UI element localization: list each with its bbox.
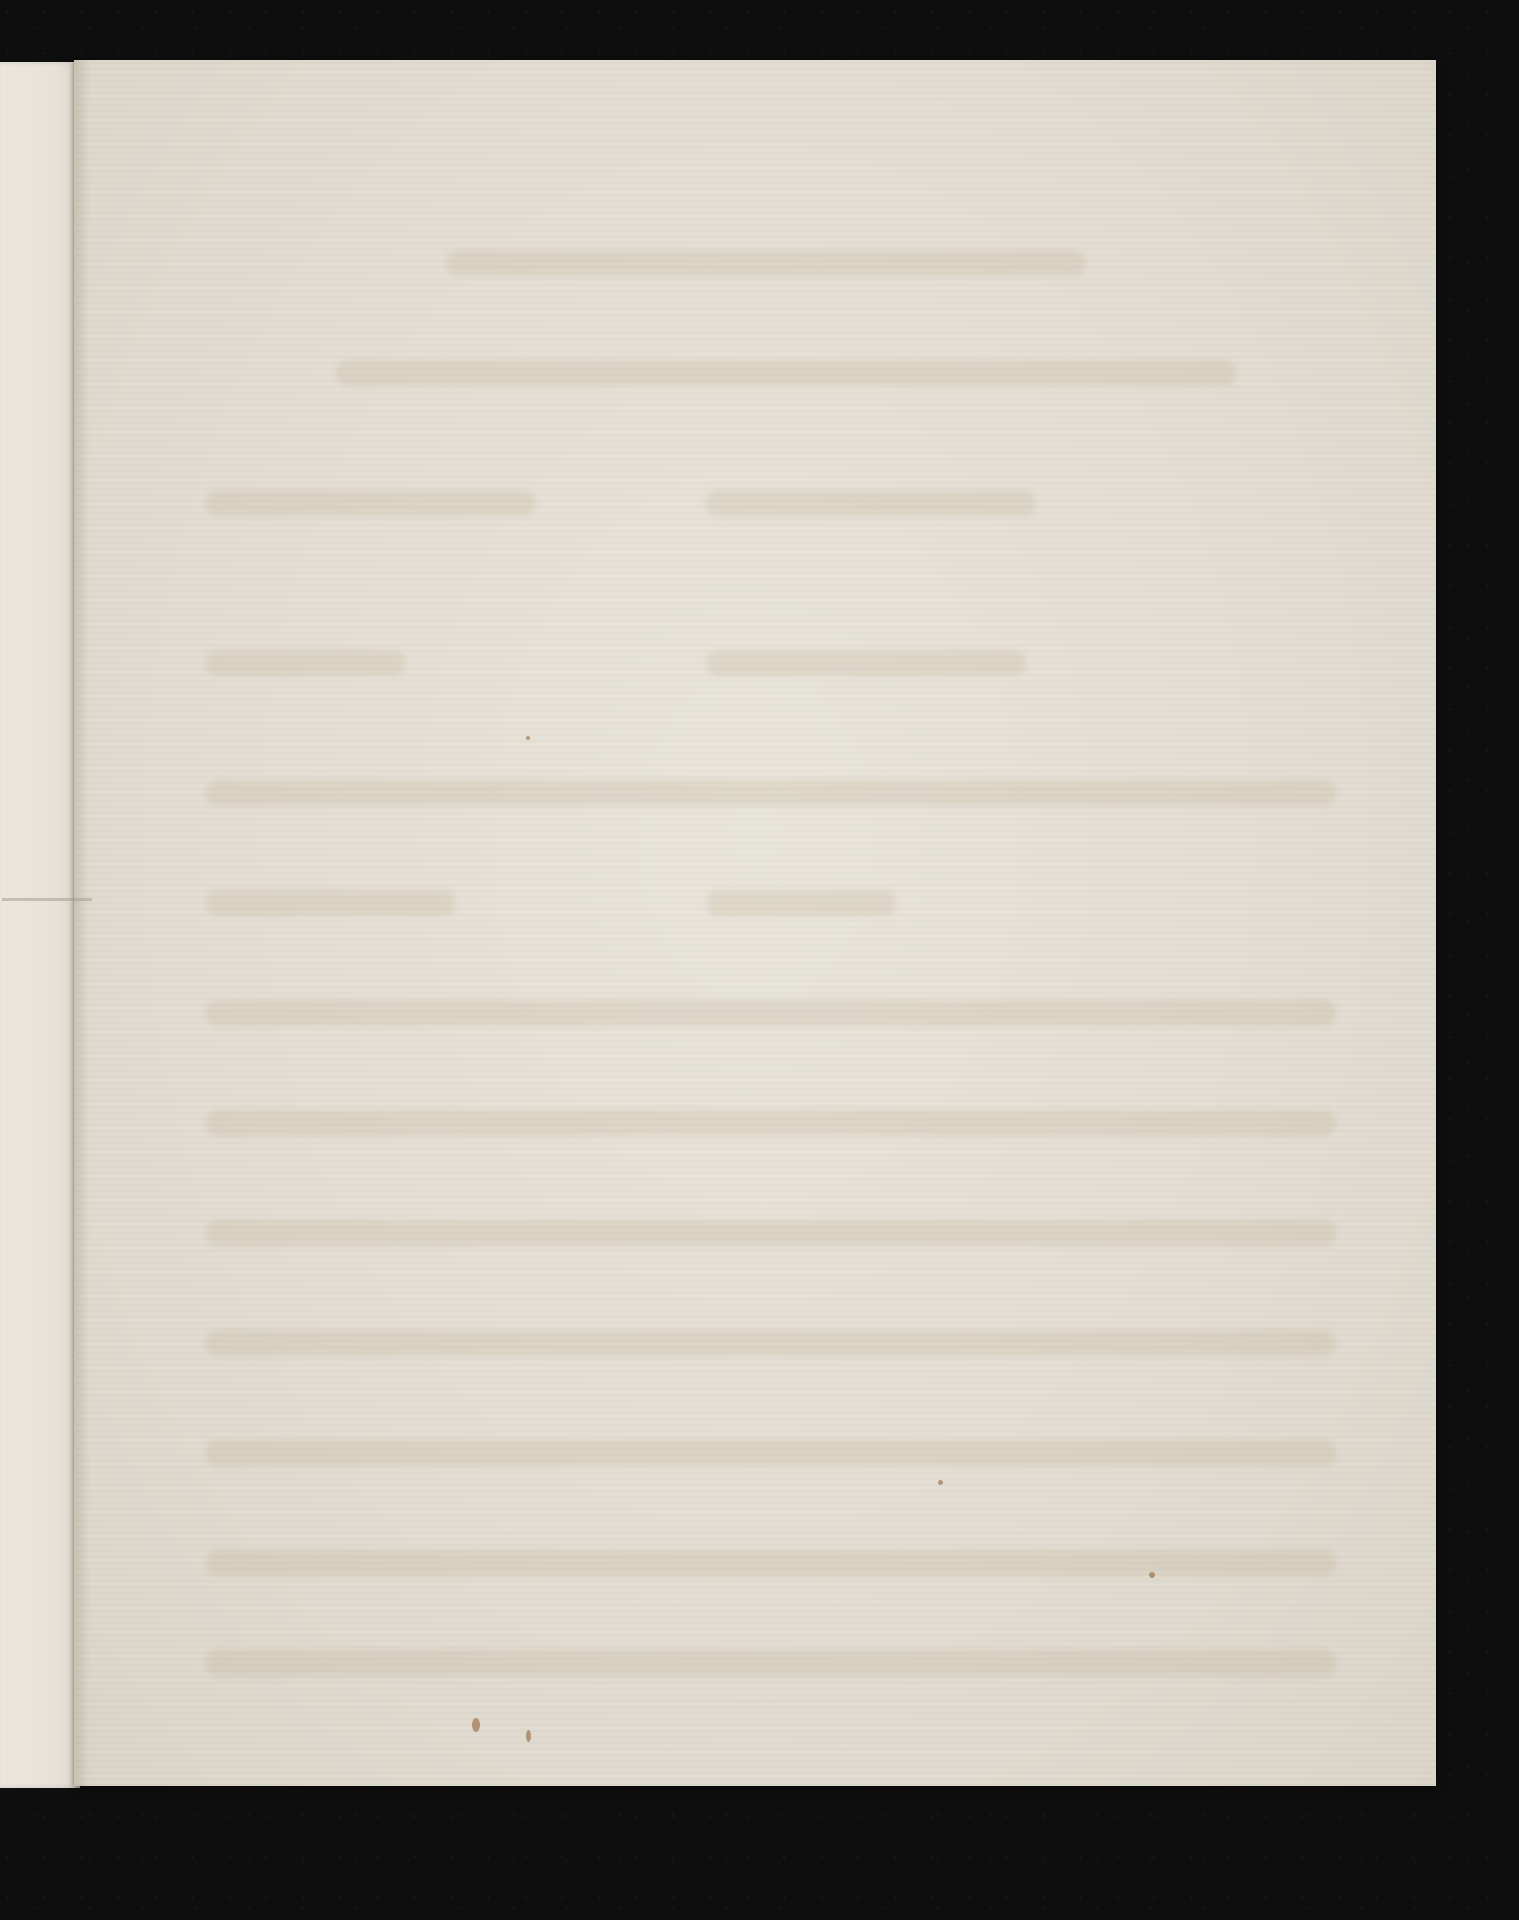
blank-page [74, 60, 1436, 1786]
offset-show-through [186, 210, 1366, 1690]
foxing-spot [526, 1730, 531, 1742]
foxing-spot [472, 1718, 480, 1732]
foxing-spot [526, 736, 530, 740]
foxing-spot [1149, 1572, 1155, 1578]
facing-page-edge [0, 62, 80, 1788]
spine-crease [2, 898, 92, 901]
gutter-shadow [76, 60, 90, 1786]
foxing-spot [938, 1480, 943, 1485]
